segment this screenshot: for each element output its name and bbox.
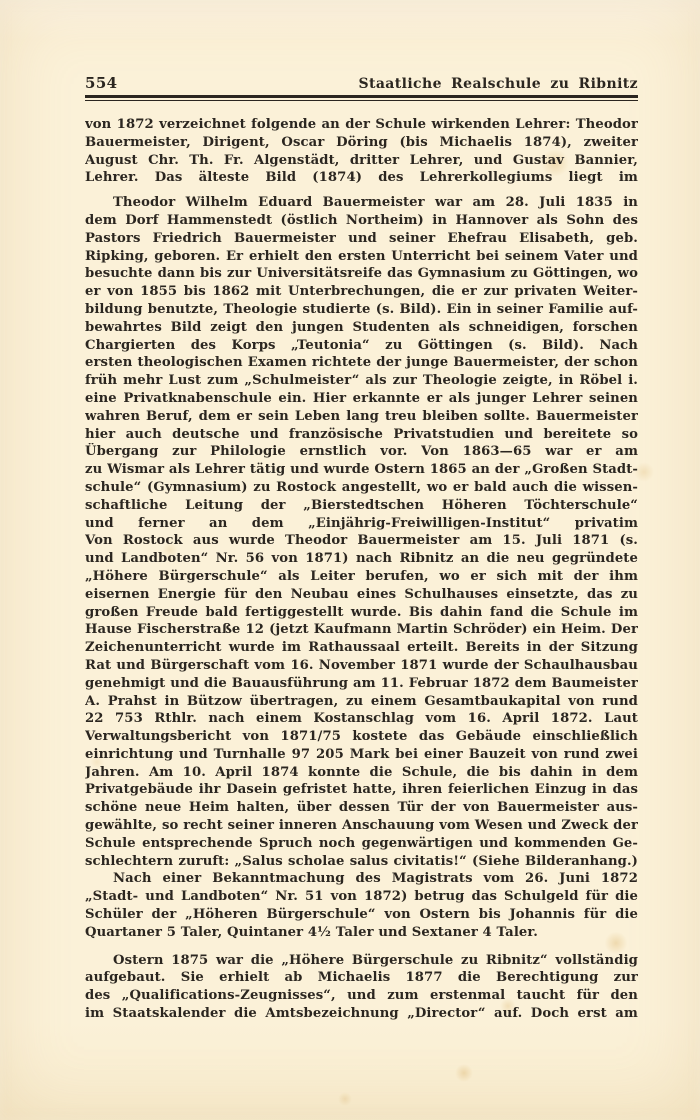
text-line: gewählte, so recht seiner inneren Anscha… <box>85 817 638 835</box>
text-line: im Staatskalender die Amtsbezeichnung „D… <box>85 1005 638 1023</box>
text-line: aufgebaut. Sie erhielt ab Michaelis 1877… <box>85 969 638 987</box>
paragraph: von 1872 verzeichnet folgende an der Sch… <box>85 116 638 187</box>
text-line: schaftliche Leitung der „Bierstedtschen … <box>85 497 638 515</box>
text-line: Ripking, geboren. Er erhielt den ersten … <box>85 248 638 266</box>
page-number: 554 <box>85 74 118 92</box>
text-line: Schule entsprechende Spruch noch gegenwä… <box>85 835 638 853</box>
text-line: Lehrer. Das älteste Bild (1874) des Lehr… <box>85 169 638 187</box>
text-line: einrichtung und Turnhalle 97 205 Mark be… <box>85 746 638 764</box>
running-title: Staatliche Realschule zu Ribnitz <box>358 76 638 92</box>
text-line: eine Privatknabenschule ein. Hier erkann… <box>85 390 638 408</box>
text-line: bildung benutzte, Theologie studierte (s… <box>85 301 638 319</box>
text-line: bewahrtes Bild zeigt den jungen Studente… <box>85 319 638 337</box>
paragraph: Ostern 1875 war die „Höhere Bürgerschule… <box>85 952 638 1023</box>
text-line: wahren Beruf, dem er sein Leben lang tre… <box>85 408 638 426</box>
paragraph: Nach einer Bekanntmachung des Magistrats… <box>85 870 638 941</box>
text-line: Nach einer Bekanntmachung des Magistrats… <box>85 870 638 888</box>
text-line: Hause Fischerstraße 12 (jetzt Kaufmann M… <box>85 621 638 639</box>
text-line: Ostern 1875 war die „Höhere Bürgerschule… <box>85 952 638 970</box>
text-line: ersten theologischen Examen richtete der… <box>85 354 638 372</box>
text-line: von 1872 verzeichnet folgende an der Sch… <box>85 116 638 134</box>
paper-stain <box>455 1064 473 1082</box>
text-line: „Höhere Bürgerschule“ als Leiter berufen… <box>85 568 638 586</box>
header-rule-thin <box>85 100 638 101</box>
text-line: hier auch deutsche und französische Priv… <box>85 426 638 444</box>
text-line: schlechtern zuruft: „Salus scholae salus… <box>85 853 638 871</box>
text-line: Pastors Friedrich Bauermeister und seine… <box>85 230 638 248</box>
text-line: August Chr. Th. Fr. Algenstädt, dritter … <box>85 152 638 170</box>
text-line: Bauermeister, Dirigent, Oscar Döring (bi… <box>85 134 638 152</box>
text-line: Verwaltungsbericht von 1871/75 kostete d… <box>85 728 638 746</box>
text-line: 22 753 Rthlr. nach einem Kostanschlag vo… <box>85 710 638 728</box>
text-line: Theodor Wilhelm Eduard Bauermeister war … <box>85 194 638 212</box>
text-line: genehmigt und die Bauausführung am 11. F… <box>85 675 638 693</box>
text-line: Schüler der „Höheren Bürgerschule“ von O… <box>85 906 638 924</box>
text-line: zu Wismar als Lehrer tätig und wurde Ost… <box>85 461 638 479</box>
text-line: schöne neue Heim halten, über dessen Tür… <box>85 799 638 817</box>
page-body: von 1872 verzeichnet folgende an der Sch… <box>85 116 638 1023</box>
book-page: 554 Staatliche Realschule zu Ribnitz von… <box>0 0 700 1120</box>
text-line: Zeichenunterricht wurde im Rathaussaal e… <box>85 639 638 657</box>
paragraph: Theodor Wilhelm Eduard Bauermeister war … <box>85 194 638 870</box>
paper-stain <box>338 1092 352 1106</box>
text-line: A. Prahst in Bützow übertragen, zu einem… <box>85 693 638 711</box>
text-line: des „Qualifications-Zeugnisses“, und zum… <box>85 987 638 1005</box>
text-line: besuchte dann bis zur Universitätsreife … <box>85 265 638 283</box>
text-line: „Stadt- und Landboten“ Nr. 51 von 1872) … <box>85 888 638 906</box>
text-line: dem Dorf Hammenstedt (östlich Northeim) … <box>85 212 638 230</box>
text-line: schule“ (Gymnasium) zu Rostock angestell… <box>85 479 638 497</box>
text-line: Privatgebäude ihr Dasein gefristet hatte… <box>85 781 638 799</box>
header-rule-thick <box>85 95 638 98</box>
text-line: früh mehr Lust zum „Schulmeister“ als zu… <box>85 372 638 390</box>
page-header: 554 Staatliche Realschule zu Ribnitz <box>85 74 638 92</box>
text-line: und Landboten“ Nr. 56 von 1871) nach Rib… <box>85 550 638 568</box>
text-column: 554 Staatliche Realschule zu Ribnitz von… <box>85 74 638 1023</box>
text-line: und ferner an dem „Einjährig-Freiwillige… <box>85 515 638 533</box>
text-line: Von Rostock aus wurde Theodor Bauermeist… <box>85 532 638 550</box>
text-line: Jahren. Am 10. April 1874 konnte die Sch… <box>85 764 638 782</box>
text-line: großen Freude bald fertiggestellt wurde.… <box>85 604 638 622</box>
text-line: Rat und Bürgerschaft vom 16. November 18… <box>85 657 638 675</box>
text-line: eisernen Energie für den Neubau eines Sc… <box>85 586 638 604</box>
text-line: Quartaner 5 Taler, Quintaner 4½ Taler un… <box>85 924 638 942</box>
text-line: Übergang zur Philologie ernstlich vor. V… <box>85 443 638 461</box>
text-line: Chargierten des Korps „Teutonia“ zu Gött… <box>85 337 638 355</box>
text-line: er von 1855 bis 1862 mit Unterbrechungen… <box>85 283 638 301</box>
